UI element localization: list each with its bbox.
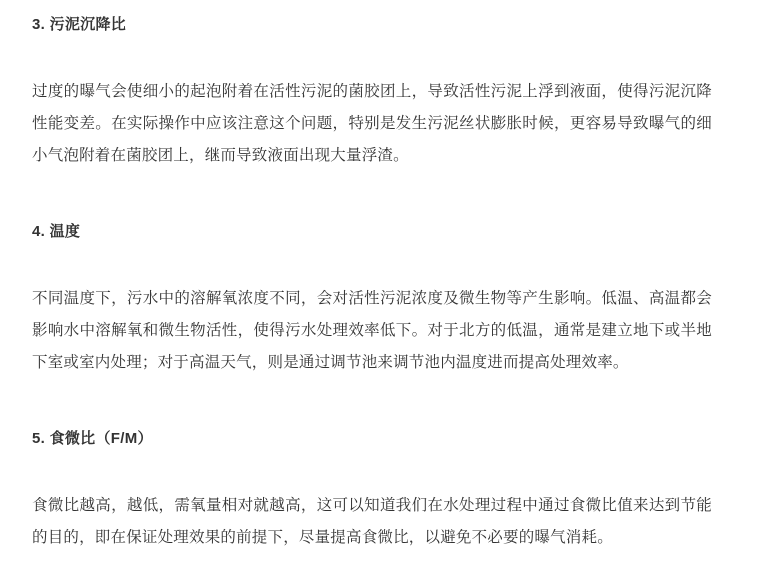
section-sludge-settling-ratio: 3. 污泥沉降比 过度的曝气会使细小的起泡附着在活性污泥的菌胶团上，导致活性污泥… xyxy=(32,14,712,172)
section-paragraph: 不同温度下，污水中的溶解氧浓度不同，会对活性污泥浓度及微生物等产生影响。低温、高… xyxy=(32,283,712,379)
document-page: 3. 污泥沉降比 过度的曝气会使细小的起泡附着在活性污泥的菌胶团上，导致活性污泥… xyxy=(0,0,774,583)
section-temperature: 4. 温度 不同温度下，污水中的溶解氧浓度不同，会对活性污泥浓度及微生物等产生影… xyxy=(32,221,712,379)
section-heading: 5. 食微比（F/M） xyxy=(32,428,712,449)
section-heading: 3. 污泥沉降比 xyxy=(32,14,712,35)
section-food-microorganism-ratio: 5. 食微比（F/M） 食微比越高，越低，需氧量相对就越高，这可以知道我们在水处… xyxy=(32,428,712,554)
section-paragraph: 食微比越高，越低，需氧量相对就越高，这可以知道我们在水处理过程中通过食微比值来达… xyxy=(32,490,712,554)
section-heading: 4. 温度 xyxy=(32,221,712,242)
section-paragraph: 过度的曝气会使细小的起泡附着在活性污泥的菌胶团上，导致活性污泥上浮到液面，使得污… xyxy=(32,76,712,172)
